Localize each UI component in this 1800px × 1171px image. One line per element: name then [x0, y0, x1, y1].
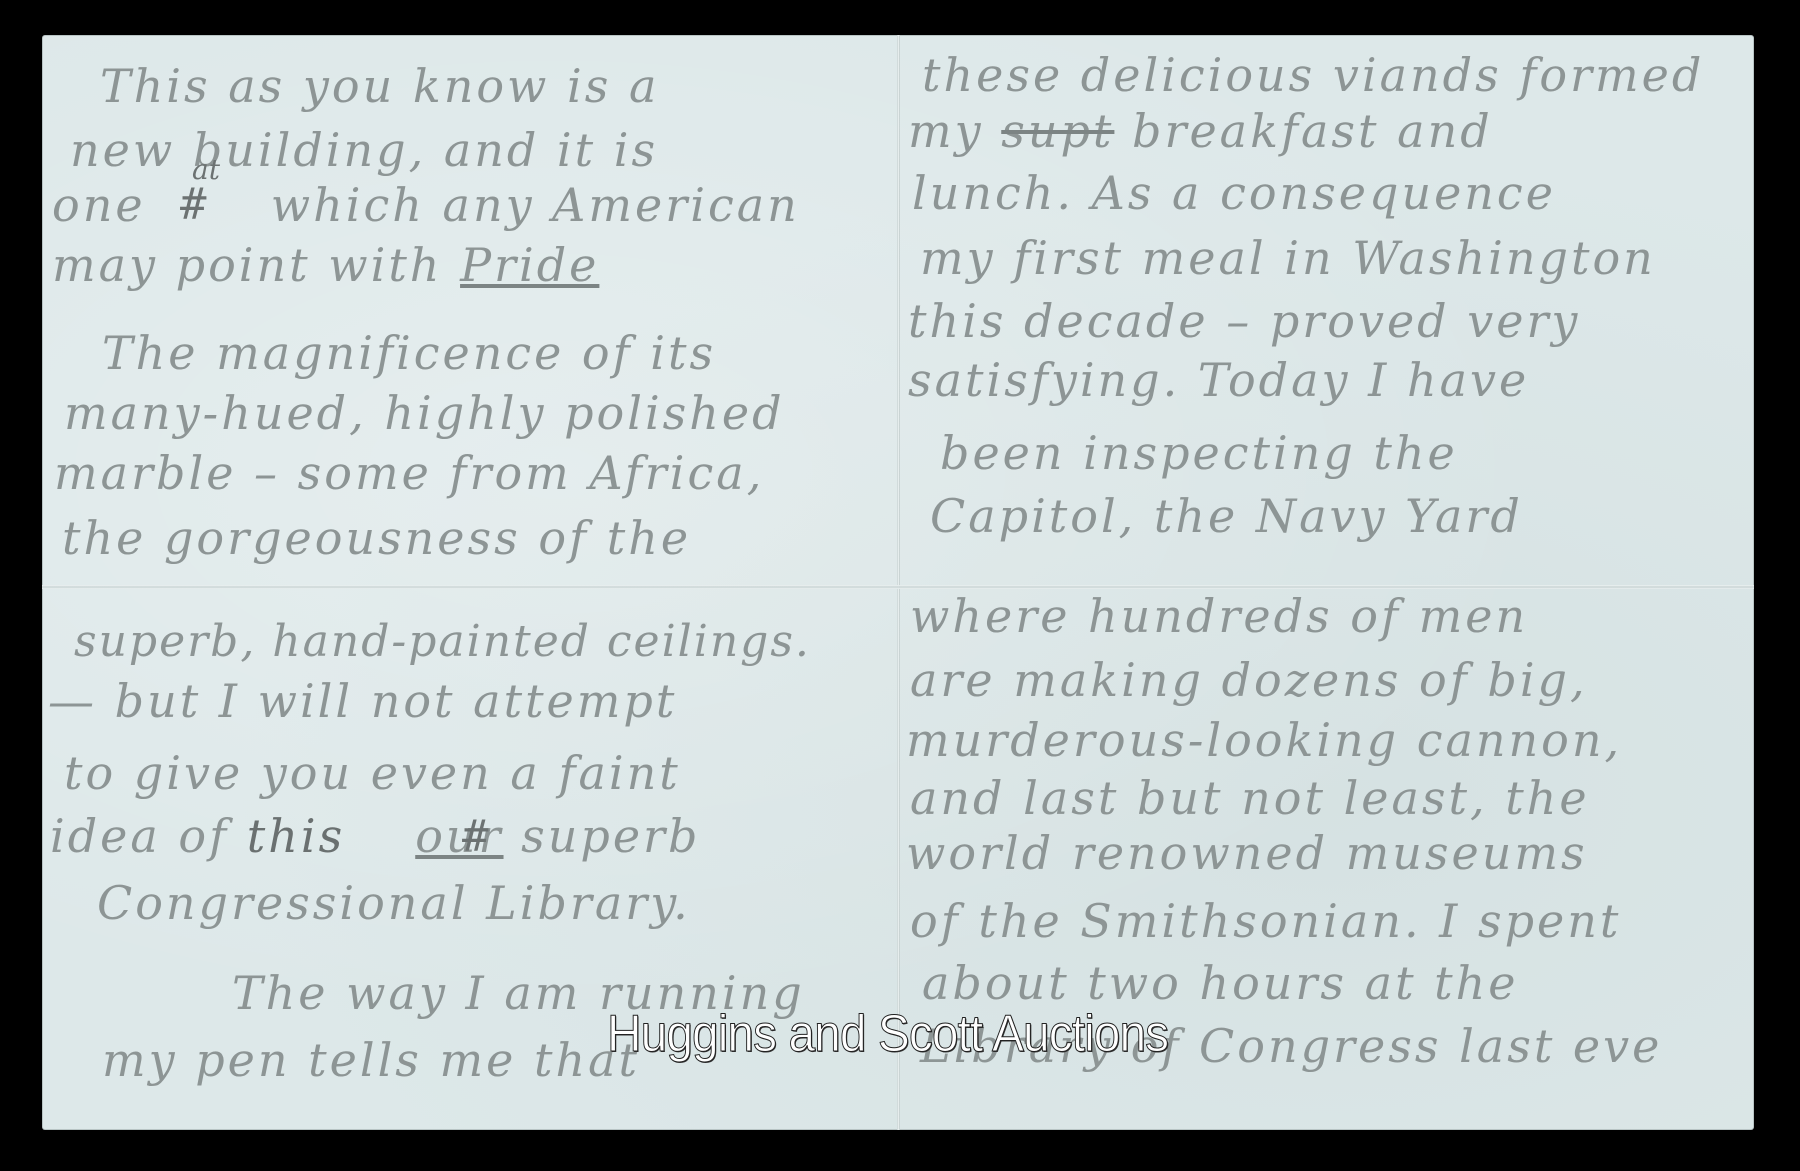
handwritten-line: satisfying. Today I have: [908, 357, 1529, 403]
handwritten-line: one which any American: [52, 182, 800, 228]
handwritten-line: where hundreds of men: [910, 593, 1528, 639]
handwritten-line: — but I will not attempt: [48, 678, 677, 724]
handwritten-line: may point with Pride: [52, 242, 599, 288]
handwritten-line: The magnificence of its: [102, 330, 716, 376]
handwritten-line: the gorgeousness of the: [62, 515, 691, 561]
handwritten-line: of the Smithsonian. I spent: [910, 898, 1621, 944]
handwritten-line: my first meal in Washington: [920, 235, 1656, 281]
handwritten-line: been inspecting the: [940, 430, 1458, 476]
left-page: This as you know is a new building, and …: [42, 35, 897, 1130]
handwritten-line: are making dozens of big,: [910, 657, 1588, 703]
struck-word: supt: [1001, 104, 1114, 158]
handwritten-line: these delicious viands formed: [922, 52, 1704, 98]
right-page: these delicious viands formed my supt br…: [900, 35, 1754, 1130]
handwritten-line: marble – some from Africa,: [54, 450, 764, 496]
handwritten-line: murderous-looking cannon,: [906, 717, 1622, 763]
line-rest-fragment: which any American: [271, 178, 800, 232]
handwritten-line: Congressional Library.: [97, 880, 691, 926]
handwritten-line: idea of thisour superb: [50, 813, 701, 859]
handwritten-line: This as you know is a: [100, 63, 659, 109]
handwritten-line: superb, hand-painted ceilings.: [74, 620, 811, 664]
handwritten-line: new building, and it is: [70, 127, 658, 173]
handwritten-line: this decade – proved very: [908, 298, 1580, 344]
handwritten-line: my pen tells me that: [102, 1037, 640, 1083]
handwritten-line: Capitol, the Navy Yard: [930, 493, 1523, 539]
handwritten-line: lunch. As a consequence: [912, 170, 1556, 216]
handwritten-line: many-hued, highly polished: [64, 390, 785, 436]
handwritten-line: and last but not least, the: [910, 775, 1590, 821]
underlined-word-our: our: [415, 809, 503, 863]
underlined-word-pride: Pride: [460, 238, 599, 292]
auction-watermark: Huggins and Scott Auctions: [607, 1008, 1168, 1060]
scribbled-out-mark: #: [462, 815, 489, 859]
line-start-fragment: one: [52, 178, 146, 232]
handwritten-line: to give you even a faint: [64, 750, 681, 796]
letter-paper: This as you know is a new building, and …: [42, 35, 1754, 1130]
handwritten-line: world renowned museums: [906, 830, 1588, 876]
handwritten-line: my supt breakfast and: [908, 108, 1493, 154]
scribbled-out-mark: #: [180, 183, 207, 227]
handwritten-line: about two hours at the: [922, 960, 1519, 1006]
